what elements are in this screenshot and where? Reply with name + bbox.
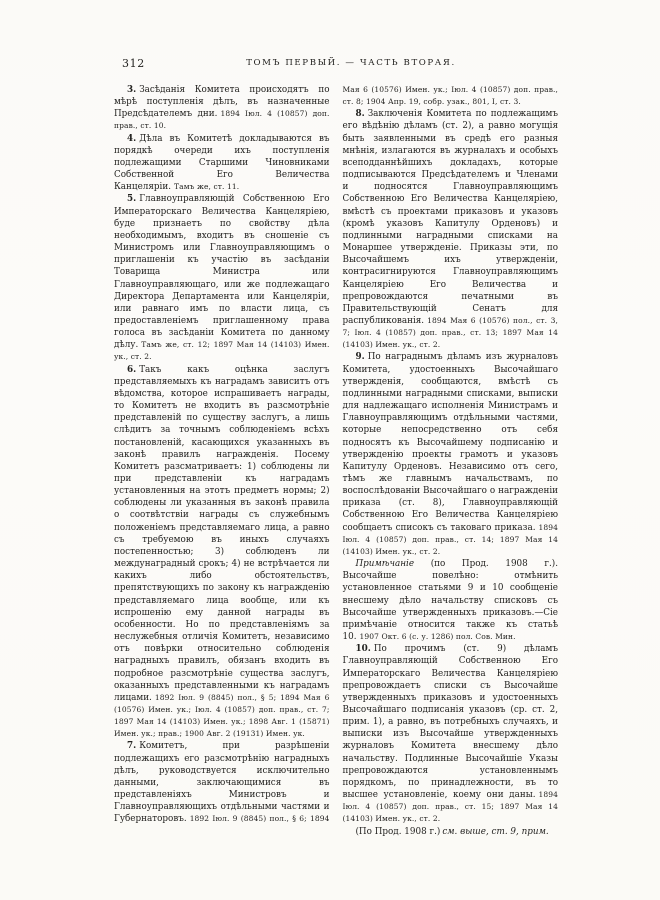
article-number: 9. [356, 352, 365, 362]
note-to-article-9: Примѣчаніе (по Прод. 1908 г.). Высочайше… [343, 558, 559, 643]
article-5: 5.Главноуправляющій Собственною Его Импе… [114, 193, 330, 363]
article-8: 8.Заключенія Комитета по подлежащимъ его… [343, 108, 559, 351]
article-number: 4. [127, 134, 136, 144]
running-title: ТОМЪ ПЕРВЫЙ. — ЧАСТЬ ВТОРАЯ. [114, 58, 558, 68]
article-4: 4.Дѣла въ Комитетѣ докладываются въ поря… [114, 133, 330, 194]
article-10: 10.По прочимъ (ст. 9) дѣламъ Главноуправ… [343, 643, 559, 825]
article-number: 5. [127, 194, 136, 204]
article-text: По награднымъ дѣламъ изъ журналовъ Комит… [343, 352, 559, 532]
article-text: (по Прод. 1908 г.). Высочайше повелѣно: … [343, 559, 559, 642]
article-9: 9.По награднымъ дѣламъ изъ журналовъ Ком… [343, 351, 559, 558]
article-number: 3. [127, 85, 136, 95]
article-number: 6. [127, 365, 136, 375]
cross-reference: см. выше, ст. 9, прим. [442, 827, 548, 837]
article-text: Комитетъ, при разрѣшеніи подлежащихъ его… [114, 741, 330, 824]
article-3: 3.Засѣданія Комитета происходятъ по мѣрѣ… [114, 84, 330, 133]
article-number: 8. [356, 109, 365, 119]
page-header: 312 ТОМЪ ПЕРВЫЙ. — ЧАСТЬ ВТОРАЯ. [114, 58, 558, 72]
article-text: По прочимъ (ст. 9) дѣламъ Главноуправляю… [343, 644, 559, 800]
article-text: Главноуправляющій Собственною Его Импера… [114, 194, 330, 350]
page-number: 312 [122, 57, 145, 70]
article-text: Такъ какъ оцѣнка заслугъ представляемыхъ… [114, 365, 330, 703]
article-citations: Тамъ же, ст. 11. [174, 182, 239, 191]
article-number: 10. [356, 644, 371, 654]
article-6: 6.Такъ какъ оцѣнка заслугъ представляемы… [114, 364, 330, 741]
article-citations: Тамъ же, ст. 12; 1897 Мая 14 (14103) Име… [114, 340, 330, 361]
article-text: Заключенія Комитета по подлежащимъ его в… [343, 109, 559, 326]
note-label: Примѣчаніе [356, 559, 415, 569]
two-column-text-block: 3.Засѣданія Комитета происходятъ по мѣрѣ… [114, 84, 558, 846]
article-citations: 1907 Окт. 6 (с. у. 1286) пол. Сов. Мин. [360, 632, 516, 641]
prodolzhenie-note: (По Прод. 1908 г.)см. выше, ст. 9, прим. [343, 826, 559, 838]
article-text: (По Прод. 1908 г.) [356, 827, 441, 837]
article-number: 7. [127, 741, 136, 751]
book-page-scan: 312 ТОМЪ ПЕРВЫЙ. — ЧАСТЬ ВТОРАЯ. 3.Засѣд… [0, 0, 660, 900]
